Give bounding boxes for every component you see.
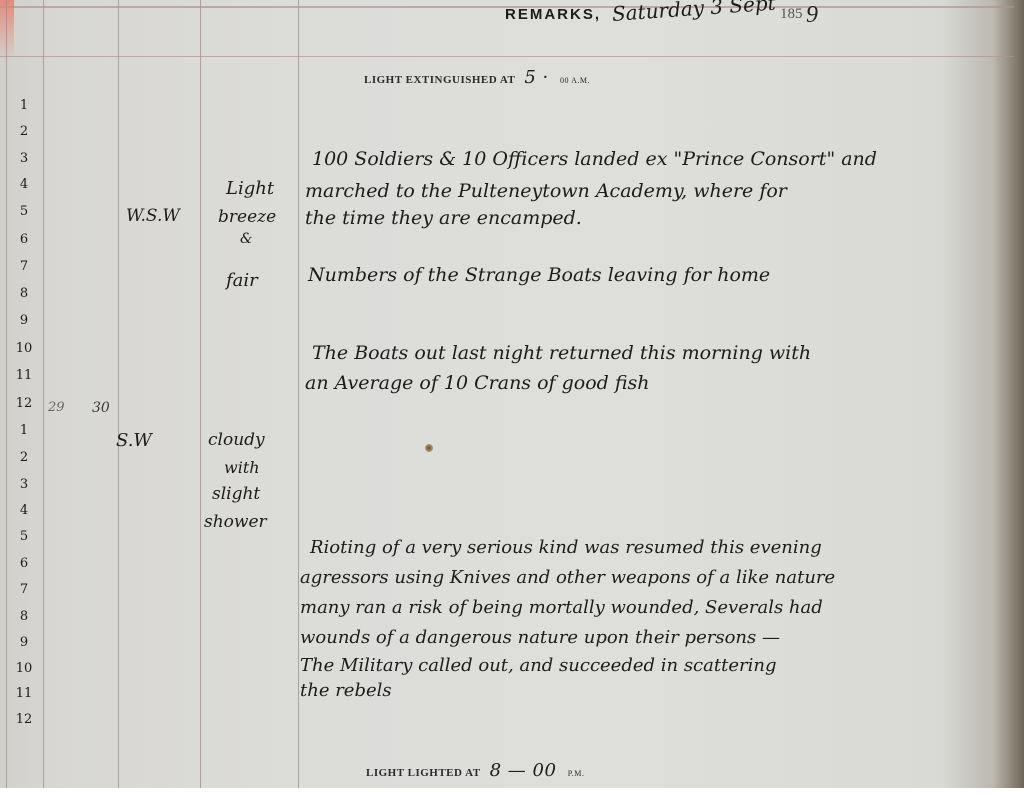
weather-afternoon-line: cloudy (208, 430, 265, 450)
weather-morning-line: fair (226, 270, 258, 291)
weather-morning-line: breeze (218, 207, 276, 227)
hour-label: 8 (6, 286, 42, 301)
hour-label: 4 (6, 503, 42, 518)
light-lighted-label: LIGHT LIGHTED AT (366, 767, 480, 779)
remark-line: Rioting of a very serious kind was resum… (310, 537, 822, 558)
hour-label: 12 (6, 396, 42, 411)
hour-label: 9 (6, 635, 42, 650)
light-extinguished: LIGHT EXTINGUISHED AT 5 · 00 A.M. (364, 67, 590, 88)
entry-date: Saturday 3 Sept (611, 0, 776, 26)
hour-label: 10 (6, 341, 42, 356)
barometer-value-a: 29 (48, 400, 65, 415)
remark-line: marched to the Pulteneytown Academy, whe… (305, 180, 787, 202)
weather-afternoon-line: slight (212, 484, 260, 504)
column-rule (118, 0, 119, 788)
barometer-value-b: 30 (92, 400, 110, 416)
year-printed: 185 (780, 6, 803, 23)
hour-label: 8 (6, 609, 42, 624)
remark-line: an Average of 10 Crans of good fish (305, 372, 650, 394)
hour-label: 1 (6, 98, 42, 113)
remark-line: agressors using Knives and other weapons… (300, 567, 835, 588)
remark-line: wounds of a dangerous nature upon their … (300, 627, 780, 648)
remark-line: The Military called out, and succeeded i… (300, 655, 776, 676)
ink-blot (425, 444, 433, 452)
hour-label: 2 (6, 124, 42, 139)
hour-label: 11 (6, 686, 42, 701)
light-extinguished-label: LIGHT EXTINGUISHED AT (364, 74, 515, 86)
hour-label: 1 (6, 423, 42, 438)
column-rule (200, 0, 201, 788)
hour-label: 3 (6, 151, 42, 166)
hour-label: 5 (6, 529, 42, 544)
remark-line: the time they are encamped. (305, 207, 582, 229)
column-rule (298, 0, 299, 788)
light-lighted: LIGHT LIGHTED AT 8 — 00 P.M. (366, 760, 584, 781)
year-handwritten: 9 (806, 2, 818, 29)
hour-label: 3 (6, 477, 42, 492)
hour-label: 9 (6, 313, 42, 328)
column-rule (43, 0, 44, 788)
hour-label: 10 (6, 661, 42, 676)
weather-morning-line: Light (226, 178, 274, 199)
weather-afternoon-line: shower (204, 512, 267, 532)
hour-label: 2 (6, 450, 42, 465)
hour-label: 5 (6, 204, 42, 219)
remarks-heading: REMARKS, (505, 6, 601, 23)
hour-label: 7 (6, 259, 42, 274)
hour-label: 4 (6, 177, 42, 192)
light-extinguished-time: 5 · (524, 67, 548, 88)
weather-afternoon-line: with (224, 458, 260, 477)
remark-line: 100 Soldiers & 10 Officers landed ex "Pr… (312, 148, 877, 170)
hour-label: 12 (6, 712, 42, 727)
weather-morning-line: & (240, 231, 252, 247)
hour-label: 6 (6, 232, 42, 247)
hour-label: 7 (6, 582, 42, 597)
hour-label: 11 (6, 368, 42, 383)
light-extinguished-suffix: 00 A.M. (560, 76, 590, 85)
remark-line: The Boats out last night returned this m… (312, 342, 811, 364)
light-lighted-suffix: P.M. (568, 769, 585, 778)
light-lighted-time: 8 — 00 (490, 760, 557, 781)
remark-line: many ran a risk of being mortally wounde… (300, 597, 823, 618)
wind-morning: W.S.W (126, 206, 180, 226)
hour-label: 6 (6, 556, 42, 571)
wind-afternoon: S.W (116, 430, 152, 451)
remark-line: Numbers of the Strange Boats leaving for… (308, 264, 770, 286)
header-rule (0, 56, 1014, 57)
logbook-page: REMARKS, Saturday 3 Sept 185 9 LIGHT EXT… (0, 0, 1024, 788)
remark-line: the rebels (300, 680, 392, 701)
